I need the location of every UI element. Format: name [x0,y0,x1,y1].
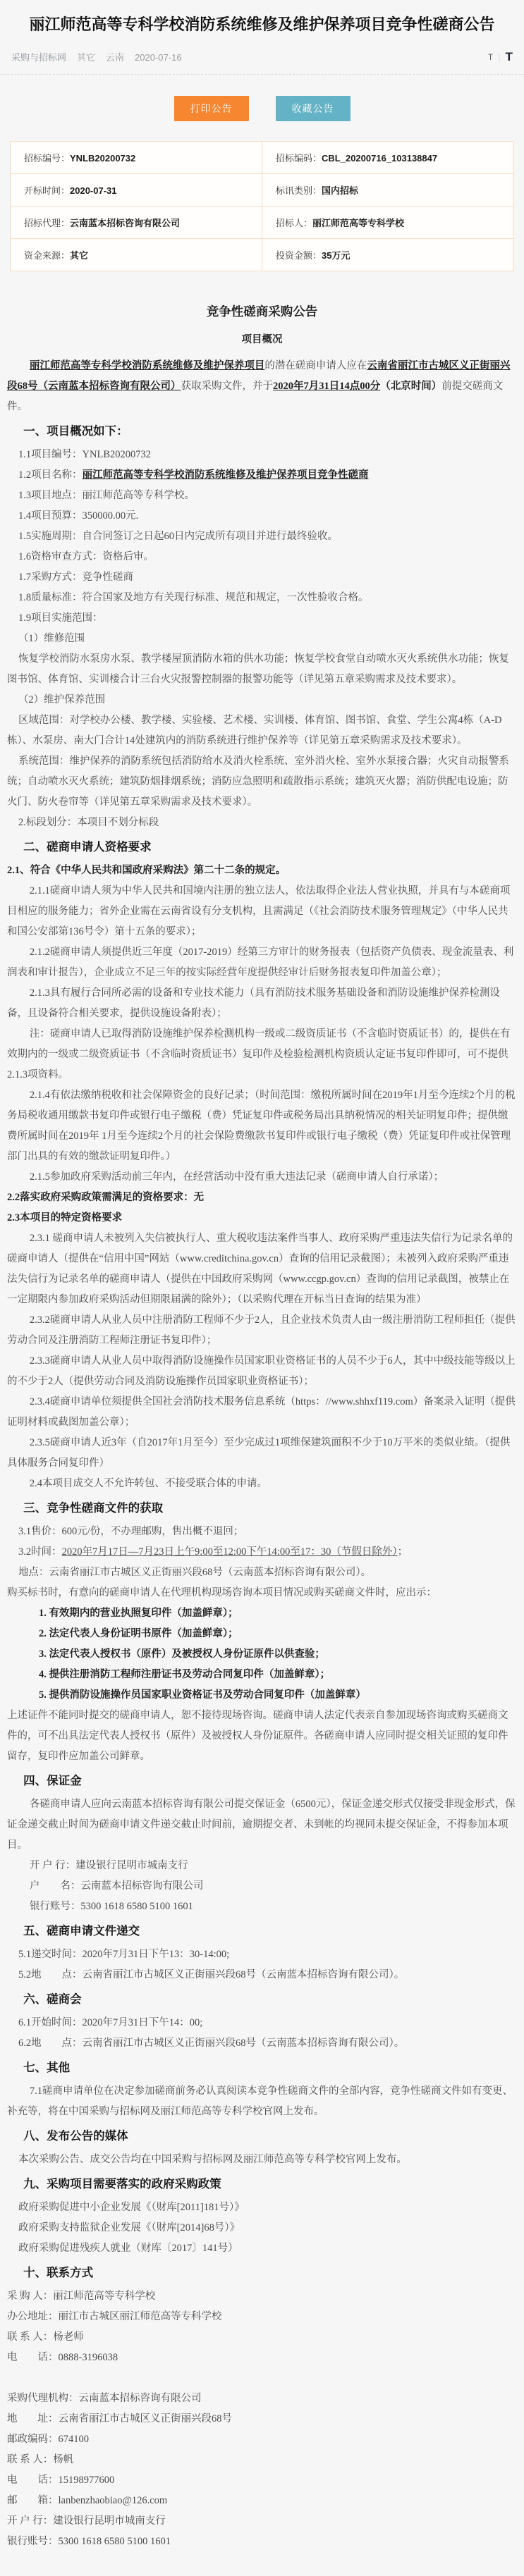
doc-text-run: 邮政编码：674100 [7,2434,89,2445]
doc-text-run: 2.4本项目成交人不允许转包、不接受联合体的申请。 [30,1478,267,1489]
doc-heading: 八、发布公告的媒体 [7,2124,517,2147]
info-cell: 资金来源：其它 [11,239,262,271]
doc-paragraph: 采 购 人：丽江师范高等专科学校 [7,2286,517,2307]
doc-text-run: 各磋商申请人应向云南蓝本招标咨询有限公司提交保证金（6500元），保证金递交形式… [7,1799,516,1851]
doc-heading: 九、采购项目需要落实的政府采购政策 [7,2172,517,2195]
doc-text-run: 1.6资格审查方式：资格后审。 [18,551,154,562]
doc-text-run: 1.5实施周期：自合同签订之日起60日内完成所有项目并进行最终验收。 [18,531,338,542]
font-smaller-toggle[interactable]: T [488,52,493,62]
doc-text-run: 4. 提供注册消防工程师注册证书及劳动合同复印件（加盖鲜章）； [39,1669,330,1680]
doc-text-run: 户 名：云南蓝本招标咨询有限公司 [30,1880,204,1892]
doc-paragraph: 2.1.2磋商申请人须提供近三年度（2017-2019）经第三方审计的财务报表（… [7,942,517,983]
doc-paragraph: 1.1项目编号：YNLB20200732 [7,445,517,465]
doc-text-run: 5. 提供消防设施操作员国家职业资格证书及劳动合同复印件（加盖鲜章） [39,1689,366,1701]
doc-paragraph: 1.8质量标准：符合国家及地方有关现行标准、规范和规定，一次性验收合格。 [7,588,517,608]
doc-text-run: 2.3本项目的特定资格要求 [7,1212,122,1224]
doc-text-run: 电 话：15198977600 [7,2475,114,2486]
doc-text-run: 6.1开始时间：2020年7月31日下午14：00; [18,2017,202,2028]
doc-paragraph: 2.3.3磋商申请人从业人员中取得消防设施操作员国家职业资格证书的人员不少于6人… [7,1351,517,1392]
doc-paragraph: 地点：云南省丽江市古城区义正街丽兴段68号（云南蓝本招标咨询有限公司）。 [7,1563,517,1583]
action-buttons: 打印公告 收藏公告 [0,75,524,141]
doc-text-run: 本次采购公告、成交公告均在中国采购与招标网及丽江师范高等专科学校官网上发布。 [18,2154,407,2165]
doc-paragraph: 2.3.1 磋商申请人未被列入失信被执行人、重大税收违法案件当事人、政府采购严重… [7,1228,517,1310]
doc-text-run: 1.1项目编号：YNLB20200732 [18,449,151,460]
info-cell: 招标编号：YNLB20200732 [11,142,262,173]
doc-paragraph [7,2368,517,2389]
doc-text-run: 三、竞争性磋商文件的获取 [23,1501,163,1515]
doc-paragraph: 邮 箱：lanbenzhaobiao@126.com [7,2491,517,2511]
doc-text-run: 十、联系方式 [23,2266,93,2279]
doc-text-run: 邮 箱：lanbenzhaobiao@126.com [7,2495,167,2506]
doc-paragraph: 本次采购公告、成交公告均在中国采购与招标网及丽江师范高等专科学校官网上发布。 [7,2150,517,2170]
info-cell: 招标人：丽江师范高等专科学校 [262,207,513,238]
doc-text-run: 开 户 行：建设银行昆明市城南支行 [7,2515,166,2527]
doc-text-run: 3. 法定代表人授权书（原件）及被授权人身份证原件以供查验； [39,1648,325,1660]
doc-text-run: 注：磋商申请人已取得消防设施维护保养检测机构一级或二级资质证书（不含临时资质证书… [7,1028,510,1080]
doc-paragraph: 5.1递交时间：2020年7月31日下午13：30-14:00; [7,1945,517,1965]
doc-text-run: 2.2落实政府采购政策需满足的资格要求：无 [7,1192,204,1203]
doc-paragraph: 恢复学校消防水泵房水泵、教学楼屋顶消防水箱的供水功能；恢复学校食堂自动喷水灭火系… [7,649,517,690]
info-label: 招标代理： [24,218,70,228]
info-label: 招标编码： [276,153,322,164]
doc-text-run: 1.8质量标准：符合国家及地方有关现行标准、规范和规定，一次性验收合格。 [18,592,369,603]
doc-paragraph: 2.3.5磋商申请人近3年（自2017年1月至今）至少完成过1项维保建筑面积不少… [7,1433,517,1474]
doc-text-run: 2.3.4磋商申请单位须提供全国社会消防技术服务信息系统（https：//www… [7,1396,516,1428]
doc-paragraph: 政府采购促进残疾人就业（财库〔2017〕141号） [7,2238,517,2259]
doc-text-run: 一、项目概况如下： [23,424,128,438]
doc-heading: 一、项目概况如下： [7,419,517,443]
doc-text-run: 5.1递交时间：2020年7月31日下午13：30-14:00; [18,1949,229,1960]
page-title: 丽江师范高等专科学校消防系统维修及维护保养项目竞争性磋商公告 [0,0,524,42]
doc-paragraph: 注：磋商申请人已取得消防设施维护保养检测机构一级或二级资质证书（不含临时资质证书… [7,1024,517,1085]
doc-text-run: 八、发布公告的媒体 [23,2129,128,2143]
doc-text-run: 联 系 人：杨帆 [7,2454,73,2465]
doc-text-run: 的潜在磋商申请人应在 [264,360,367,371]
doc-text-run: 1.4项目预算：350000.00元. [18,510,138,522]
doc-paragraph: （2）维护保养范围 [7,690,517,710]
info-card: 招标编号：YNLB20200732招标编码：CBL_20200716_10313… [10,141,514,271]
info-label: 投资金额： [276,250,322,261]
doc-paragraph: 1.7采购方式：竞争性磋商 [7,567,517,588]
doc-text-run: 2020年7月31日14点00分 [273,381,380,392]
doc-paragraph: 2.4本项目成交人不允许转包、不接受联合体的申请。 [7,1474,517,1494]
doc-paragraph: 开 户 行：建设银行昆明市城南支行 [7,1856,517,1876]
doc-paragraph: 2.1.1磋商申请人须为中华人民共和国境内注册的独立法人，依法取得企业法人营业执… [7,881,517,942]
doc-paragraph: 1.5实施周期：自合同签订之日起60日内完成所有项目并进行最终验收。 [7,526,517,547]
info-cell: 标讯类别：国内招标 [262,174,513,206]
info-row: 开标时间：2020-07-31标讯类别：国内招标 [11,174,513,207]
doc-paragraph: 7.1磋商申请单位在决定参加磋商前务必认真阅读本竞争性磋商文件的全部内容，竞争性… [7,2081,517,2122]
doc-text-run: 1.3项目地点：丽江师范高等专科学校。 [18,490,195,501]
doc-paragraph: 5.2地 点：云南省丽江市古城区义正街丽兴段68号（云南蓝本招标咨询有限公司）。 [7,1965,517,1985]
meta-info: 采购与招标网其它云南2020-07-16 [11,50,193,63]
doc-text-run: 2.1.5参加政府采购活动前三年内，在经营活动中没有重大违法记录（磋商申请人自行… [30,1171,444,1183]
doc-paragraph: 1.2项目名称：丽江师范高等专科学校消防系统维修及维护保养项目竞争性磋商 [7,465,517,486]
info-cell: 投资金额：35万元 [262,239,513,271]
doc-text-run: 7.1磋商申请单位在决定参加磋商前务必认真阅读本竞争性磋商文件的全部内容，竞争性… [7,2085,513,2117]
doc-text-run: 办公地址：丽江市古城区丽江师范高等专科学校 [7,2311,222,2322]
doc-paragraph: 2.3.4磋商申请单位须提供全国社会消防技术服务信息系统（https：//www… [7,1392,517,1433]
doc-heading: 七、其他 [7,2056,517,2079]
doc-text-run: 地 址：云南省丽江市古城区义正街丽兴段68号 [7,2413,232,2424]
doc-paragraph: 2.1.5参加政府采购活动前三年内，在经营活动中没有重大违法记录（磋商申请人自行… [7,1167,517,1188]
doc-paragraph: 3. 法定代表人授权书（原件）及被授权人身份证原件以供查验； [7,1644,517,1665]
doc-paragraph: 地 址：云南省丽江市古城区义正街丽兴段68号 [7,2409,517,2429]
doc-text-run: 政府采购促进中小企业发展《（财库[2011]181号）》 [18,2202,245,2213]
info-label: 资金来源： [24,250,70,261]
doc-paragraph: 2.3.2磋商申请人从业人员中注册消防工程师不少于2人，且企业技术负责人由一级注… [7,1310,517,1351]
doc-paragraph: 2.1、符合《中华人民共和国政府采购法》第二十二条的规定。 [7,861,517,881]
doc-text-run: 5.2地 点：云南省丽江市古城区义正街丽兴段68号（云南蓝本招标咨询有限公司）。 [18,1969,404,1980]
doc-text-run: 2. 法定代表人身份证明书原件（加盖鲜章）； [39,1628,238,1639]
doc-paragraph: 银行账号：5300 1618 6580 5100 1601 [7,1897,517,1917]
doc-paragraph: 开 户 行：建设银行昆明市城南支行 [7,2511,517,2532]
doc-heading: 四、保证金 [7,1769,517,1792]
doc-text-run: 二、磋商申请人资格要求 [23,840,152,853]
doc-paragraph: 5. 提供消防设施操作员国家职业资格证书及劳动合同复印件（加盖鲜章） [7,1685,517,1706]
doc-text-run: 五、磋商申请文件递交 [23,1924,140,1937]
doc-paragraph: 区域范围：对学校办公楼、教学楼、实验楼、艺术楼、实训楼、体育馆、图书馆、食堂、学… [7,710,517,751]
doc-text-run: 2.1.3具有履行合同所必需的设备和专业技术能力（具有消防技术服务基础设备和消防… [7,987,500,1019]
meta-region: 云南 [106,52,124,63]
doc-text-run: 2.1.2磋商申请人须提供近三年度（2017-2019）经第三方审计的财务报表（… [7,947,513,978]
doc-paragraph: （1）维修范围 [7,629,517,649]
doc-text-run: 六、磋商会 [23,1992,82,2006]
doc-text-run: 2.1、符合《中华人民共和国政府采购法》第二十二条的规定。 [7,865,286,876]
doc-text-run: 1.9项目实施范围： [18,612,103,624]
doc-paragraph: 1.4项目预算：350000.00元. [7,506,517,526]
doc-heading: 六、磋商会 [7,1988,517,2011]
doc-text-run: 2.3.3磋商申请人从业人员中取得消防设施操作员国家职业资格证书的人员不少于6人… [7,1355,516,1387]
doc-text-run: 上述证件不能同时提交的磋商申请人，恕不接待现场咨询。磋商申请人法定代表亲自参加现… [7,1710,508,1762]
doc-paragraph: 联 系 人：杨老师 [7,2327,517,2348]
meta-date: 2020-07-16 [135,52,182,63]
doc-text-run: 七、其他 [23,2061,70,2074]
doc-text-run: 竞争性磋商采购公告 [207,304,318,319]
doc-text-run: 地点：云南省丽江市古城区义正街丽兴段68号（云南蓝本招标咨询有限公司）。 [18,1567,371,1578]
info-label: 招标编号： [24,153,70,164]
doc-text-run: 1.2项目名称： [18,469,83,481]
doc-text-run: 联 系 人：杨老师 [7,2331,84,2343]
doc-text-run: 丽江师范高等专科学校消防系统维修及维护保养项目竞争性磋商 [83,469,369,481]
info-cell: 招标编码：CBL_20200716_103138847 [262,142,513,173]
doc-paragraph: 3.2时间：2020年7月17日—7月23日上午9:00至12:00下午14:0… [7,1542,517,1563]
doc-text-run: 开 户 行：建设银行昆明市城南支行 [30,1860,188,1871]
font-size-toggles: T | T [488,50,513,64]
doc-text-run: （北京时间） [380,381,441,392]
doc-text-run: 2.3.2磋商申请人从业人员中注册消防工程师不少于2人，且企业技术负责人由一级注… [7,1314,516,1346]
doc-text-run: 区域范围：对学校办公楼、教学楼、实验楼、艺术楼、实训楼、体育馆、图书馆、食堂、学… [7,715,501,746]
doc-text-run: 采 购 人：丽江师范高等专科学校 [7,2291,155,2302]
doc-text-run: （2）维护保养范围 [18,694,105,705]
doc-text-run: 2.1.1磋商申请人须为中华人民共和国境内注册的独立法人，依法取得企业法人营业执… [7,885,510,937]
doc-paragraph: 2. 法定代表人身份证明书原件（加盖鲜章）； [7,1624,517,1644]
doc-text-run: 恢复学校消防水泵房水泵、教学楼屋顶消防水箱的供水功能；恢复学校食堂自动喷水灭火系… [7,653,509,685]
doc-text-run: 2.1.4有依法缴纳税收和社会保障资金的良好记录；（时间范围：缴税所属时间在20… [7,1090,516,1162]
doc-text-run: 1.7采购方式：竞争性磋商 [18,572,133,583]
doc-paragraph: 上述证件不能同时提交的磋商申请人，恕不接待现场咨询。磋商申请人法定代表亲自参加现… [7,1706,517,1767]
info-value: YNLB20200732 [70,153,135,164]
doc-paragraph: 6.1开始时间：2020年7月31日下午14：00; [7,2013,517,2033]
doc-heading: 二、磋商申请人资格要求 [7,835,517,858]
doc-text-run: 3.1售价：600元/份，不办理邮购，售出概不退回； [18,1526,243,1537]
info-cell: 开标时间：2020-07-31 [11,174,262,206]
doc-paragraph: 电 话：15198977600 [7,2470,517,2491]
doc-heading: 五、磋商申请文件递交 [7,1919,517,1942]
doc-text-run: 采购代理机构：云南蓝本招标咨询有限公司 [7,2393,202,2404]
info-label: 招标人： [276,218,312,228]
doc-text-run: 购买标书时，有意向的磋商申请人在代理机构现场咨询本项目情况或购买磋商文件时，应出… [7,1587,437,1598]
info-row: 招标编号：YNLB20200732招标编码：CBL_20200716_10313… [11,142,513,174]
info-value: 35万元 [322,250,350,261]
doc-text-run: 电 话：0888-3196038 [7,2352,118,2363]
doc-paragraph: 1.9项目实施范围： [7,608,517,629]
doc-text-run: 丽江师范高等专科学校消防系统维修及维护保养项目 [30,360,265,371]
doc-text-run: 2.3.5磋商申请人近3年（自2017年1月至今）至少完成过1项维保建筑面积不少… [7,1437,510,1469]
info-label: 标讯类别： [276,185,322,196]
doc-text-run: 银行账号：5300 1618 6580 5100 1601 [30,1901,193,1912]
doc-paragraph: 购买标书时，有意向的磋商申请人在代理机构现场咨询本项目情况或购买磋商文件时，应出… [7,1583,517,1603]
doc-paragraph: 丽江师范高等专科学校消防系统维修及维护保养项目的潜在磋商申请人应在云南省丽江市古… [7,356,517,417]
doc-paragraph: 2.2落实政府采购政策需满足的资格要求：无 [7,1188,517,1208]
meta-category: 其它 [77,52,95,63]
doc-paragraph: 2.标段划分：本项目不划分标段 [7,813,517,833]
doc-paragraph: 1. 有效期内的营业执照复印件（加盖鲜章）； [7,1603,517,1624]
doc-paragraph: 银行账号：5300 1618 6580 5100 1601 [7,2532,517,2552]
document-body: 竞争性磋商采购公告项目概况丽江师范高等专科学校消防系统维修及维护保养项目的潜在磋… [0,292,524,2576]
info-value: 国内招标 [322,185,358,196]
favorite-announcement-button[interactable]: 收藏公告 [276,96,351,121]
meta-row: 采购与招标网其它云南2020-07-16 T | T [0,42,524,74]
doc-paragraph: 2.1.4有依法缴纳税收和社会保障资金的良好记录；（时间范围：缴税所属时间在20… [7,1085,517,1167]
doc-text-run: 3.2时间： [18,1546,62,1558]
doc-text-run: 四、保证金 [23,1774,82,1787]
info-row: 资金来源：其它投资金额：35万元 [11,239,513,271]
info-value: CBL_20200716_103138847 [322,153,437,164]
doc-text-run: 2.3.1 磋商申请人未被列入失信被执行人、重大税收违法案件当事人、政府采购严重… [7,1233,513,1305]
font-larger-toggle[interactable]: T [506,50,513,64]
doc-text-run: （1）维修范围 [18,633,85,644]
info-row: 招标代理：云南蓝本招标咨询有限公司招标人：丽江师范高等专科学校 [11,207,513,239]
doc-paragraph: 采购代理机构：云南蓝本招标咨询有限公司 [7,2389,517,2409]
doc-paragraph: 2.3本项目的特定资格要求 [7,1208,517,1228]
doc-text-run: 2.标段划分：本项目不划分标段 [18,817,159,828]
doc-paragraph: 联 系 人：杨帆 [7,2450,517,2470]
breadcrumb-source-link[interactable]: 采购与招标网 [11,52,66,63]
doc-text-run: 政府采购支持监狱企业发展《（财库[2014]68号）》 [18,2222,240,2233]
doc-paragraph: 1.3项目地点：丽江师范高等专科学校。 [7,486,517,506]
doc-paragraph: 户 名：云南蓝本招标咨询有限公司 [7,1876,517,1897]
doc-heading: 项目概况 [7,330,517,350]
doc-paragraph: 4. 提供注册消防工程师注册证书及劳动合同复印件（加盖鲜章）； [7,1665,517,1685]
doc-paragraph: 办公地址：丽江市古城区丽江师范高等专科学校 [7,2307,517,2327]
info-label: 开标时间： [24,185,70,196]
doc-paragraph: 1.6资格审查方式：资格后审。 [7,547,517,567]
info-value: 云南蓝本招标咨询有限公司 [70,218,180,228]
doc-paragraph: 政府采购促进中小企业发展《（财库[2011]181号）》 [7,2198,517,2218]
doc-text-run: 2020年7月17日—7月23日上午9:00至12:00下午14:00至17：3… [62,1546,398,1558]
doc-paragraph: 2.1.3具有履行合同所必需的设备和专业技术能力（具有消防技术服务基础设备和消防… [7,983,517,1024]
doc-heading: 十、联系方式 [7,2261,517,2284]
doc-paragraph: 6.2地 点：云南省丽江市古城区义正街丽兴段68号（云南蓝本招标咨询有限公司）。 [7,2033,517,2054]
doc-heading: 三、竞争性磋商文件的获取 [7,1496,517,1520]
doc-text-run: 系统范围：维护保养的消防系统包括消防给水及消火栓系统、室外消火栓、室外水泵接合器… [7,756,509,808]
doc-text-run: 项目概况 [242,334,283,345]
doc-text-run: 1. 有效期内的营业执照复印件（加盖鲜章）； [39,1608,238,1619]
info-cell: 招标代理：云南蓝本招标咨询有限公司 [11,207,262,238]
font-toggle-separator: | [498,51,500,62]
doc-paragraph: 邮政编码：674100 [7,2429,517,2450]
doc-heading: 竞争性磋商采购公告 [7,300,517,324]
doc-text-run: 获取采购文件，并于 [181,381,274,392]
doc-text-run: 九、采购项目需要落实的政府采购政策 [23,2177,221,2190]
doc-text-run: 6.2地 点：云南省丽江市古城区义正街丽兴段68号（云南蓝本招标咨询有限公司）。 [18,2038,404,2049]
print-announcement-button[interactable]: 打印公告 [174,96,249,121]
info-value: 2020-07-31 [70,185,117,196]
doc-text-run: 银行账号：5300 1618 6580 5100 1601 [7,2536,171,2547]
doc-paragraph: 各磋商申请人应向云南蓝本招标咨询有限公司提交保证金（6500元），保证金递交形式… [7,1794,517,1856]
info-value: 丽江师范高等专科学校 [312,218,404,228]
doc-paragraph: 3.1售价：600元/份，不办理邮购，售出概不退回； [7,1522,517,1542]
doc-text-run: 政府采购促进残疾人就业（财库〔2017〕141号） [18,2243,238,2254]
info-value: 其它 [70,250,88,261]
doc-text-run: ； [398,1546,408,1558]
doc-paragraph: 电 话：0888-3196038 [7,2348,517,2368]
doc-paragraph: 政府采购支持监狱企业发展《（财库[2014]68号）》 [7,2218,517,2238]
doc-paragraph: 系统范围：维护保养的消防系统包括消防给水及消火栓系统、室外消火栓、室外水泵接合器… [7,751,517,813]
